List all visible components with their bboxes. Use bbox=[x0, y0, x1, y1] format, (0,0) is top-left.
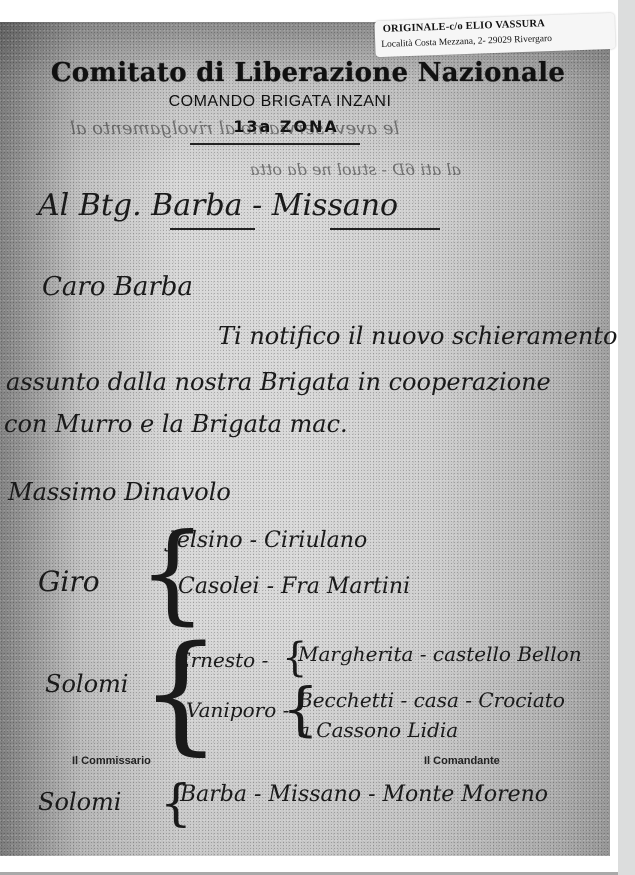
group-giro-label: Giro bbox=[38, 565, 100, 598]
addressee: Al Btg. Barba - Missano bbox=[38, 188, 398, 223]
signature-comandante: Il Comandante bbox=[424, 755, 500, 767]
solomi-name-1: Ernesto - bbox=[176, 648, 268, 672]
group-solomi-label: Solomi bbox=[45, 670, 128, 698]
archive-label-address: Località Costa Mezzana, 2- 29029 Riverga… bbox=[381, 34, 552, 50]
scan-border-right bbox=[618, 0, 635, 875]
final-items: Barba - Missano - Monte Moreno bbox=[180, 782, 548, 807]
letterhead-rule bbox=[190, 143, 360, 145]
letterhead-subtitle: COMANDO BRIGATA INZANI bbox=[150, 93, 410, 111]
bleed-through-text: le avevi serviamo al rivolgamento al bbox=[70, 118, 399, 139]
solomi-location-2: Becchetti - casa - Crociato bbox=[298, 688, 565, 712]
solomi-location-3: a Cassono Lidia bbox=[298, 718, 458, 742]
archive-label-owner: ORIGINALE-c/o ELIO VASSURA bbox=[383, 18, 546, 35]
body-line-2: assunto dalla nostra Brigata in cooperaz… bbox=[6, 368, 551, 396]
body-line-1: Ti notifico il nuovo schieramento bbox=[218, 322, 617, 350]
letterhead-title: Comitato di Liberazione Nazionale bbox=[28, 58, 588, 88]
bleed-through-text-2: al ati 6D - stuol ne da otta bbox=[250, 160, 461, 179]
body-line-3: con Murro e la Brigata mac. bbox=[4, 410, 348, 438]
entry-massimo: Massimo Dinavolo bbox=[8, 478, 231, 506]
addressee-underline bbox=[170, 228, 255, 230]
addressee-underline-2 bbox=[330, 228, 440, 230]
salutation: Caro Barba bbox=[42, 272, 193, 302]
final-label: Solomi bbox=[38, 788, 121, 816]
giro-item-2: Casolei - Fra Martini bbox=[178, 574, 410, 599]
giro-item-1: Jelsino - Ciriulano bbox=[168, 528, 367, 553]
signature-commissario: Il Commissario bbox=[72, 755, 151, 767]
solomi-location-1: Margherita - castello Bellon bbox=[298, 642, 582, 666]
solomi-name-2: Vaniporo - bbox=[186, 698, 289, 722]
